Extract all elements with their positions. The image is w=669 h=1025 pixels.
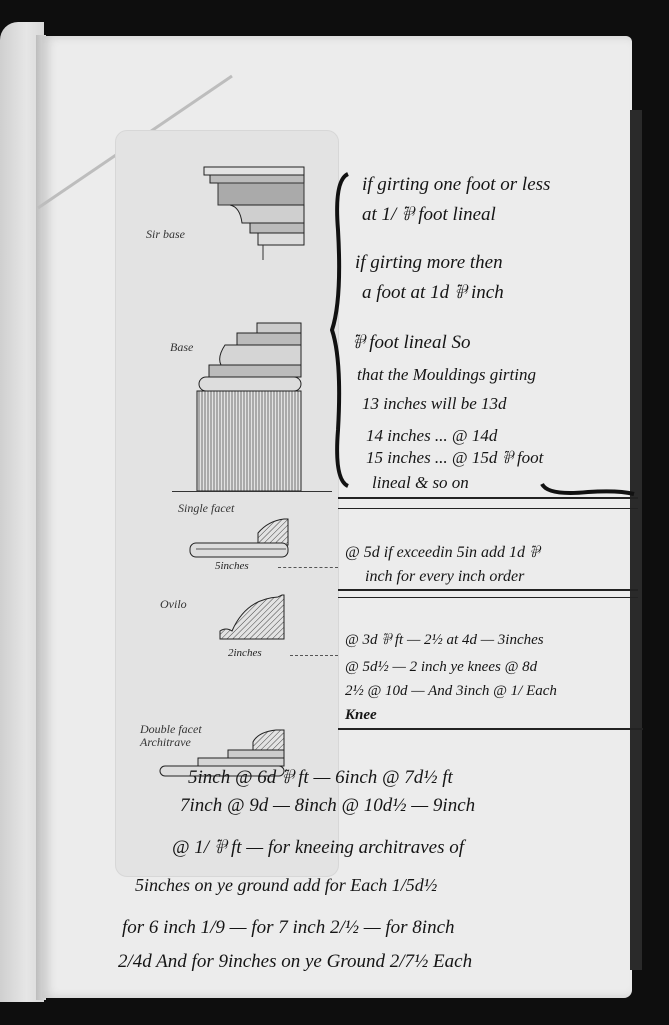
handwritten-line: 7inch @ 9d — 8inch @ 10d½ — 9inch <box>180 796 475 815</box>
handwritten-line: if girting more then <box>355 253 503 272</box>
ovilo-drawing <box>216 593 288 643</box>
handwritten-line: lineal & so on <box>372 474 469 491</box>
handwritten-line: @ 5d if exceedin 5in add 1d ⅌ <box>345 545 540 561</box>
handwritten-line: Knee <box>345 708 377 723</box>
handwritten-line: 15 inches ... @ 15d ⅌ foot <box>366 449 543 466</box>
handwritten-line: 5inches on ye ground add for Each 1/5d½ <box>135 876 437 894</box>
divider-rule <box>338 728 643 730</box>
handwritten-line: 14 inches ... @ 14d <box>366 427 497 444</box>
page-edge-shadow <box>630 110 642 970</box>
handwritten-line: 5inch @ 6d ⅌ ft — 6inch @ 7d½ ft <box>188 768 453 787</box>
plate-label-ovilo: Ovilo <box>160 598 187 611</box>
single-facet-leader <box>278 567 338 568</box>
handwritten-line: @ 3d ⅌ ft — 2½ at 4d — 3inches <box>345 633 544 648</box>
handwritten-line: inch for every inch order <box>365 569 524 585</box>
handwritten-line: @ 1/ ⅌ ft — for kneeing architraves of <box>172 838 464 857</box>
handwritten-line: at 1/ ⅌ foot lineal <box>362 205 496 224</box>
ovilo-dimension: 2inches <box>228 647 262 659</box>
handwritten-line: ⅌ foot lineal So <box>352 333 471 352</box>
curly-brace <box>330 170 352 490</box>
single-facet-drawing <box>188 517 292 561</box>
handwritten-line: for 6 inch 1/9 — for 7 inch 2/½ — for 8i… <box>122 918 455 937</box>
plate-label-single-facet: Single facet <box>178 502 234 515</box>
sir-base-drawing <box>200 165 310 260</box>
base-ground-line <box>172 491 332 492</box>
handwritten-line: 2½ @ 10d — And 3inch @ 1/ Each <box>345 684 557 699</box>
divider-rule <box>338 508 638 509</box>
divider-rule <box>338 589 638 591</box>
divider-rule <box>338 497 638 499</box>
handwritten-line: @ 5d½ — 2 inch ye knees @ 8d <box>345 660 537 675</box>
handwritten-line: a foot at 1d ⅌ inch <box>362 283 504 302</box>
ovilo-leader <box>290 655 338 656</box>
handwritten-line: 13 inches will be 13d <box>362 395 506 412</box>
plate-label-base: Base <box>170 341 193 354</box>
single-facet-dimension: 5inches <box>215 560 249 572</box>
handwritten-line: that the Mouldings girting <box>357 366 536 383</box>
handwritten-line: 2/4d And for 9inches on ye Ground 2/7½ E… <box>118 952 472 971</box>
handwritten-line: if girting one foot or less <box>362 175 550 194</box>
base-drawing <box>195 315 305 495</box>
divider-rule <box>338 597 638 598</box>
plate-label-sir-base: Sir base <box>146 228 185 241</box>
